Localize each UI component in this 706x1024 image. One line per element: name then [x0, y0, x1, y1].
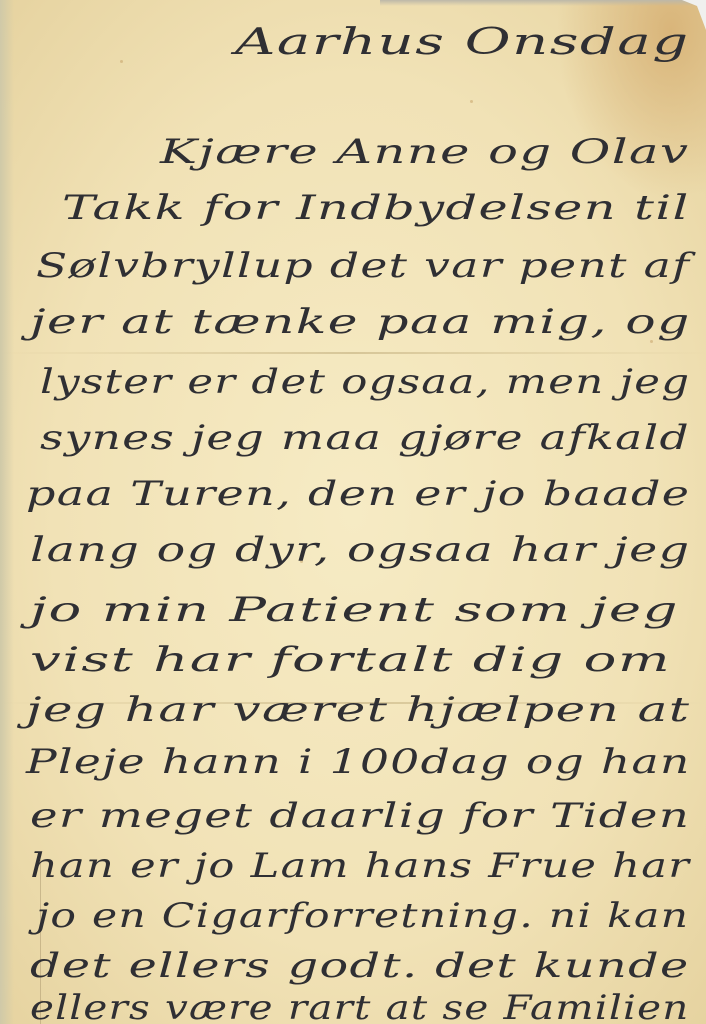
letter-body-line: ellers være rart at se Familien	[30, 988, 689, 1024]
letter-body-line: Sølvbryllup det var pent af	[36, 246, 690, 286]
letter-body-line: jeg har været hjælpen at	[26, 690, 690, 730]
letter-salutation: Kjære Anne og Olav	[160, 132, 689, 172]
fold-line	[0, 352, 706, 354]
letter-body-line: jo min Patient som jeg	[30, 590, 679, 630]
paper-top-edge	[380, 0, 706, 6]
letter-page: Aarhus Onsdag Kjære Anne og Olav Takk fo…	[0, 0, 706, 1024]
letter-body-line: paa Turen, den er jo baade	[26, 474, 690, 514]
letter-body-line: er meget daarlig for Tiden	[30, 796, 690, 836]
letter-body-line: synes jeg maa gjøre afkald	[40, 418, 690, 458]
paper-left-edge	[0, 0, 14, 1024]
letter-body-line: lang og dyr, ogsaa har jeg	[30, 530, 690, 570]
letter-body-line: det ellers godt. det kunde	[30, 946, 690, 986]
letter-body-line: vist har fortalt dig om	[30, 640, 671, 680]
letter-body-line: Takk for Indbydelsen til	[62, 188, 690, 228]
letter-body-line: han er jo Lam hans Frue har	[30, 846, 690, 886]
letter-body-line: Pleje hann i 100dag og han	[26, 742, 691, 782]
letter-body-line: jer at tænke paa mig, og	[30, 302, 691, 342]
paper-speck	[120, 60, 123, 63]
letter-date-line: Aarhus Onsdag	[235, 22, 690, 63]
paper-speck	[470, 100, 473, 103]
letter-body-line: jo en Cigarforretning. ni kan	[36, 896, 689, 936]
letter-body-line: lyster er det ogsaa, men jeg	[40, 362, 690, 402]
